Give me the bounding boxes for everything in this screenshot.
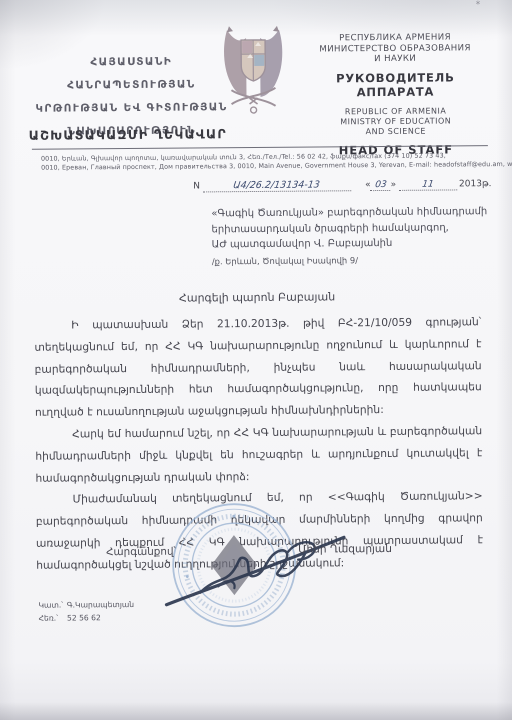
pen-mark: *	[476, 0, 481, 10]
document-content: ՀԱՅԱՍՏԱՆԻ ՀԱՆՐԱՊԵՏՈՒԹՅԱՆ ԿՐԹՈՒԹՅԱՆ ԵՎ ԳԻ…	[0, 0, 512, 720]
office-title-russian: РУКОВОДИТЕЛЬ АППАРАТА	[296, 70, 494, 100]
executor-line: Կատ.՝ Գ.Կարապետյան	[38, 599, 134, 612]
executor-block: Կատ.՝ Գ.Կարապետյան Հեռ.՝ 52 56 62	[38, 599, 134, 625]
body-paragraph: Ի պատասխան Ձեր 21.10.2013թ. թիվ ԲՀ-21/10…	[34, 311, 482, 423]
letterhead-line: ՀԱՅԱՍՏԱՆԻ ՀԱՆՐԱՊԵՏՈՒԹՅԱՆ	[24, 50, 238, 98]
office-title-armenian: ԱՇԽԱՏԱԿԱԶՄԻ ՂԵԿԱՎԱՐ	[17, 126, 239, 143]
handwritten-signature-icon	[148, 515, 361, 619]
letterhead-russian: РЕСПУБЛИКА АРМЕНИЯ МИНИСТЕРСТВО ОБРАЗОВА…	[296, 32, 494, 65]
letterhead-translations: РЕСПУБЛИКА АРМЕНИЯ МИНИСТЕРСТВО ОБРАЗОВА…	[296, 32, 495, 157]
closing-phrase: Հարգանքով՝	[106, 546, 176, 559]
recipient-line: «Գագիկ Ծառուկյան» բարեգործական հիմնադրամ…	[211, 204, 491, 222]
phone-line: Հեռ.՝ 52 56 62	[39, 611, 135, 624]
ref-day-handwritten: 03	[374, 180, 387, 190]
salutation: Հարգելի պարոն Բաբայան	[34, 289, 480, 306]
reference-line: N Ա4/26.2/13134-13 «03» 112013թ.	[193, 178, 493, 192]
close-quote: »	[391, 180, 397, 190]
armenia-coat-of-arms-icon	[219, 14, 288, 123]
ref-month-handwritten: 11	[422, 180, 435, 190]
phone-label: Հեռ.՝	[39, 612, 65, 625]
ref-n-label: N	[193, 181, 200, 191]
letterhead-line: AND SCIENCE	[297, 126, 495, 138]
phone-number: 52 56 62	[67, 613, 101, 622]
recipient-line: ԱԺ պատգամավոր Վ. Բաբայանին	[212, 235, 492, 253]
ref-number-handwritten: Ա4/26.2/13134-13	[233, 179, 321, 191]
signer-name: Մհեր Ղազարյան	[298, 543, 392, 556]
ref-year: 2013թ.	[459, 179, 491, 189]
letterhead-line: ԿՐԹՈՒԹՅԱՆ ԵՎ ԳԻՏՈՒԹՅԱՆ	[24, 96, 238, 121]
recipient-block: «Գագիկ Ծառուկյան» բարեգործական հիմնադրամ…	[211, 204, 491, 269]
body-paragraph: Հարկ եմ համարում նշել, որ ՀՀ ԿԳ նախարարո…	[35, 420, 482, 489]
scanned-letter-page: ՀԱՅԱՍՏԱՆԻ ՀԱՆՐԱՊԵՏՈՒԹՅԱՆ ԿՐԹՈՒԹՅԱՆ ԵՎ ԳԻ…	[0, 0, 512, 720]
contact-block: 0010, Երևան, Գլխավոր պողոտա, կառավարական…	[41, 151, 487, 173]
executor-name: Գ.Կարապետյան	[67, 600, 134, 610]
letterhead-line: МИНИСТЕРСТВО ОБРАЗОВАНИЯ	[296, 43, 494, 55]
letterhead-line: И НАУКИ	[296, 53, 494, 65]
recipient-address: /ք. Երևան, Ծովակալ Իսակովի 9/	[212, 252, 492, 270]
executor-label: Կատ.՝	[38, 600, 64, 613]
letterhead-english: REPUBLIC OF ARMENIA MINISTRY OF EDUCATIO…	[297, 106, 495, 138]
